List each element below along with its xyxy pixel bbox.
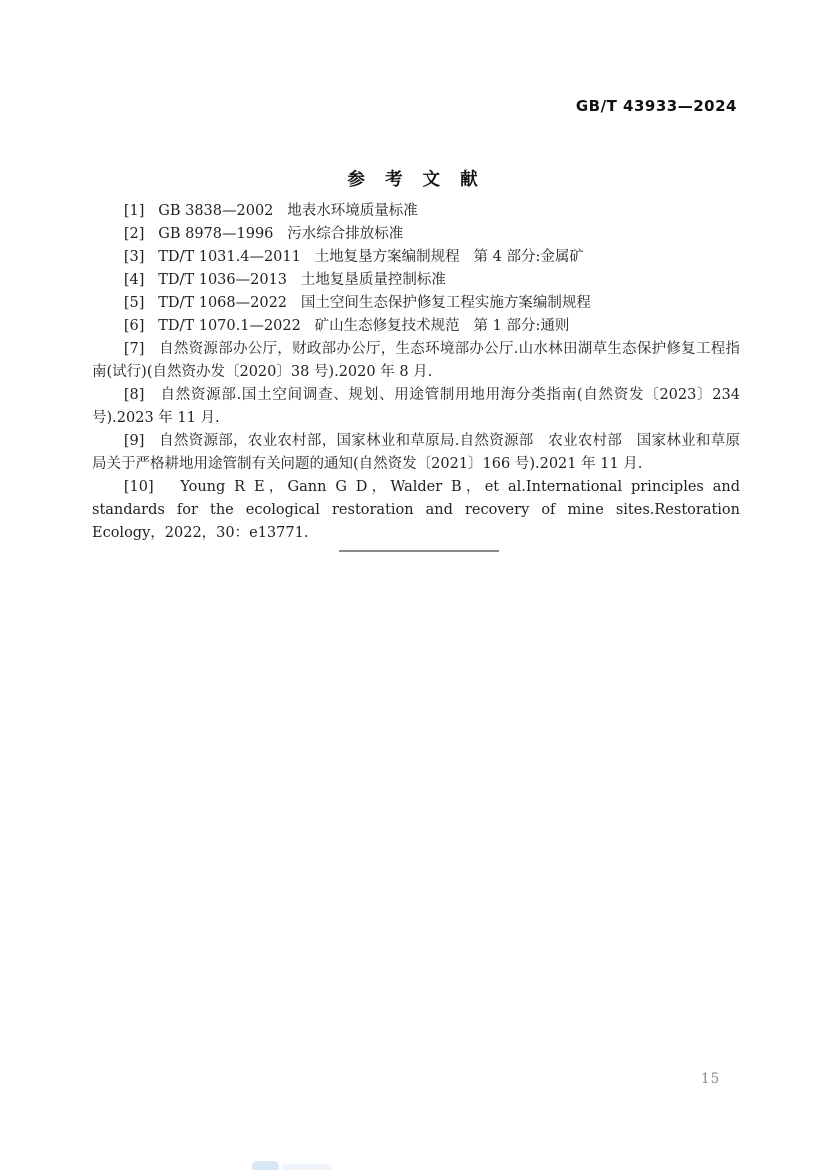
references-title: 参 考 文 献: [0, 166, 827, 191]
standard-number-header: GB/T 43933—2024: [576, 97, 737, 115]
reference-item: [9] 自然资源部，农业农村部，国家林业和草原局.自然资源部 农业农村部 国家林…: [92, 430, 740, 476]
reference-item: [4] TD/T 1036—2013 土地复垦质量控制标准: [92, 269, 740, 292]
reference-item: [1] GB 3838—2002 地表水环境质量标准: [92, 200, 740, 223]
document-page: GB/T 43933—2024 参 考 文 献 [1] GB 3838—2002…: [0, 0, 827, 1170]
reference-item: [3] TD/T 1031.4—2011 土地复垦方案编制规程 第 4 部分:金…: [92, 246, 740, 269]
reference-item: [10] Young R E，Gann G D，Walder B，et al.I…: [92, 476, 740, 545]
reference-item: [7] 自然资源部办公厅，财政部办公厅，生态环境部办公厅.山水林田湖草生态保护修…: [92, 338, 740, 384]
reference-item: [5] TD/T 1068—2022 国土空间生态保护修复工程实施方案编制规程: [92, 292, 740, 315]
reference-item: [2] GB 8978—1996 污水综合排放标准: [92, 223, 740, 246]
references-list: [1] GB 3838—2002 地表水环境质量标准 [2] GB 8978—1…: [92, 200, 740, 545]
bottom-edge-artifact-wisp: [282, 1164, 332, 1170]
reference-item: [6] TD/T 1070.1—2022 矿山生态修复技术规范 第 1 部分:通…: [92, 315, 740, 338]
bottom-edge-artifact: [252, 1161, 279, 1170]
page-number: 15: [701, 1071, 720, 1087]
end-of-document-rule: [339, 550, 499, 552]
reference-item: [8] 自然资源部.国土空间调查、规划、用途管制用地用海分类指南(自然资发〔20…: [92, 384, 740, 430]
